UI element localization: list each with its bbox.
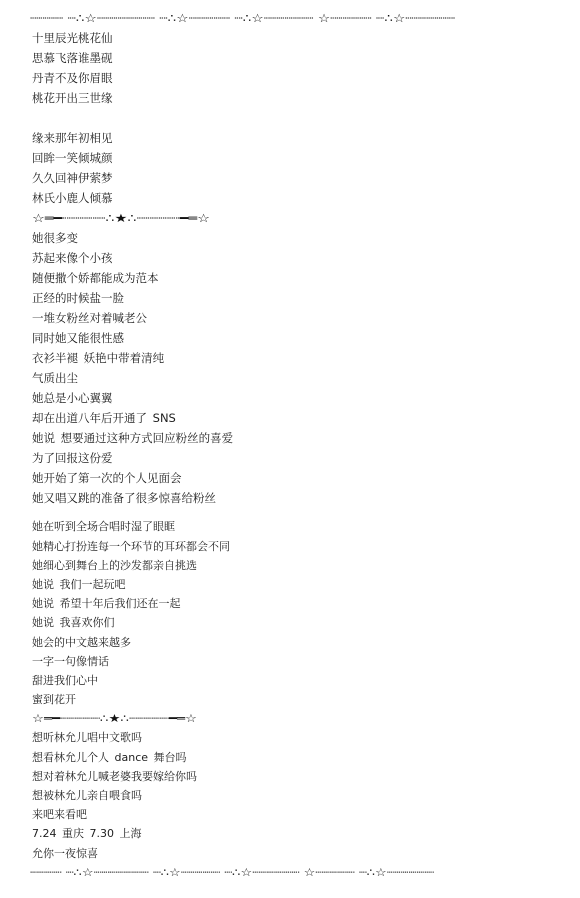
invitation-line: 想听林允儿唱中文歌吗 [32,728,580,747]
star-separator-icon: ☆═━┈┈┈┈┈∴★∴┈┈┈┈┈━═☆ [32,208,210,228]
story-line: 她说 想要通过这种方式回应粉丝的喜爱 [32,428,580,448]
post-section-lower: 她在听到全场合唱时湿了眼眶 她精心打扮连每一个环节的耳环都会不同 她细心到舞台上… [32,517,580,882]
invitation-line: 允你一夜惊喜 [32,844,580,863]
decorative-divider-top: ┈┈┈┈ ┈∴☆┈┈┈┈┈┈┈ ┈∴☆┈┈┈┈┈ ┈∴☆┈┈┈┈┈┈ ☆┈┈┈┈… [30,8,580,28]
blank-line [32,108,580,128]
poem-line: 缘来那年初相见 [32,128,580,148]
invitation-line: 想看林允儿个人 dance 舞台吗 [32,748,580,767]
memory-line: 甜进我们心中 [32,671,580,690]
star-separator: ☆═━┈┈┈┈┈∴★∴┈┈┈┈┈━═☆ [32,709,580,728]
invitation-line: 想对着林允儿喊老婆我要嫁给你吗 [32,767,580,786]
poem-line: 久久回神伊萦梦 [32,168,580,188]
memory-line: 她说 我们一起玩吧 [32,575,580,594]
memory-line: 她说 希望十年后我们还在一起 [32,594,580,613]
story-line: 却在出道八年后开通了 SNS [32,408,580,428]
invitation-line: 来吧来看吧 [32,805,580,824]
memory-line: 她细心到舞台上的沙发都亲自挑选 [32,556,580,575]
memory-line: 她精心打扮连每一个环节的耳环都会不同 [32,537,580,556]
story-line: 苏起来像个小孩 [32,248,580,268]
post-section-upper: ┈┈┈┈ ┈∴☆┈┈┈┈┈┈┈ ┈∴☆┈┈┈┈┈ ┈∴☆┈┈┈┈┈┈ ☆┈┈┈┈… [32,8,580,508]
memory-line: 她在听到全场合唱时湿了眼眶 [32,517,580,536]
story-line: 她开始了第一次的个人见面会 [32,468,580,488]
story-line: 随便撒个娇都能成为范本 [32,268,580,288]
poem-line: 桃花开出三世缘 [32,88,580,108]
star-dotted-divider-icon: ┈┈┈┈ ┈∴☆┈┈┈┈┈┈┈ ┈∴☆┈┈┈┈┈ ┈∴☆┈┈┈┈┈┈ ☆┈┈┈┈… [30,863,434,882]
event-dates: 7.24 重庆 7.30 上海 [32,824,580,843]
story-line: 她又唱又跳的准备了很多惊喜给粉丝 [32,488,580,508]
poem-line: 回眸一笑倾城颜 [32,148,580,168]
decorative-divider-bottom: ┈┈┈┈ ┈∴☆┈┈┈┈┈┈┈ ┈∴☆┈┈┈┈┈ ┈∴☆┈┈┈┈┈┈ ☆┈┈┈┈… [30,863,580,882]
memory-line: 一字一句像情话 [32,652,580,671]
text-post: ┈┈┈┈ ┈∴☆┈┈┈┈┈┈┈ ┈∴☆┈┈┈┈┈ ┈∴☆┈┈┈┈┈┈ ☆┈┈┈┈… [0,0,580,898]
story-line: 气质出尘 [32,368,580,388]
story-line: 为了回报这份爱 [32,448,580,468]
poem-line: 丹青不及你眉眼 [32,68,580,88]
poem-line: 十里辰光桃花仙 [32,28,580,48]
memory-line: 她说 我喜欢你们 [32,613,580,632]
poem-line: 林氏小鹿人倾慕 [32,188,580,208]
star-separator: ☆═━┈┈┈┈┈∴★∴┈┈┈┈┈━═☆ [32,208,580,228]
story-line: 一堆女粉丝对着喊老公 [32,308,580,328]
star-dotted-divider-icon: ┈┈┈┈ ┈∴☆┈┈┈┈┈┈┈ ┈∴☆┈┈┈┈┈ ┈∴☆┈┈┈┈┈┈ ☆┈┈┈┈… [30,8,455,28]
story-line: 她很多变 [32,228,580,248]
poem-line: 思慕飞落谁墨砚 [32,48,580,68]
story-line: 同时她又能很性感 [32,328,580,348]
star-separator-icon: ☆═━┈┈┈┈┈∴★∴┈┈┈┈┈━═☆ [32,709,197,728]
story-line: 正经的时候盐一脸 [32,288,580,308]
memory-line: 蜜到花开 [32,690,580,709]
story-line: 她总是小心翼翼 [32,388,580,408]
story-line: 衣衫半褪 妖艳中带着清纯 [32,348,580,368]
invitation-line: 想被林允儿亲自喂食吗 [32,786,580,805]
memory-line: 她会的中文越来越多 [32,633,580,652]
